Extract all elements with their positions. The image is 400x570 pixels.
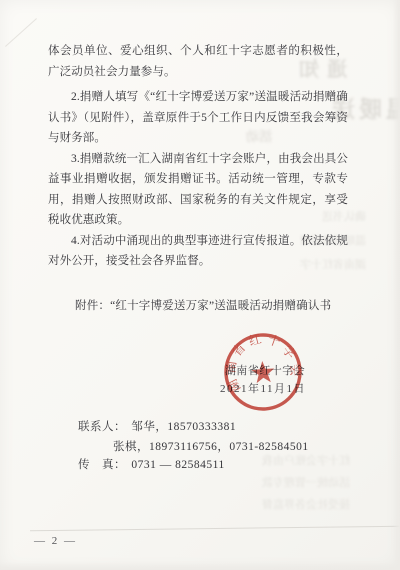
scan-edge-shadow	[0, 562, 400, 570]
contact-line-2: 张棋，18973116756，0731-82584501	[113, 438, 309, 454]
fax-label: 传 真：	[78, 459, 126, 471]
document-body: 体会员单位、爱心组织、个人和红十字志愿者的积极性，广泛动员社会力量参与。 2.捐…	[48, 41, 348, 272]
scan-corner-edge	[5, 18, 37, 47]
page-number: — 2 —	[34, 535, 77, 547]
paragraph-continuation: 体会员单位、爱心组织、个人和红十字志愿者的积极性，广泛动员社会力量参与。	[48, 41, 348, 82]
paragraph-item-3: 3.捐赠款统一汇入湖南省红十字会账户，由我会出具公益事业捐赠收据，颁发捐赠证书。…	[48, 149, 348, 231]
page-fold-line	[30, 526, 400, 532]
contact-person-2: 张棋，18973116756，0731-82584501	[113, 441, 309, 453]
svg-text:湖南省红十字会: 湖南省红十字会	[220, 329, 304, 395]
paragraph-item-2: 2.捐赠人填写《“红十字博爱送万家”送温暖活动捐赠确认书》（见附件），盖章原件于…	[48, 87, 348, 149]
attachment-line: 附件：“红十字博爱送万家”送温暖活动捐赠确认书	[75, 297, 331, 313]
scanned-document-page: 通知 温暖送 活动 确认书送 温暖活动捐赠 湖南省红十字 红十字会账户由我 活动…	[0, 0, 400, 570]
scan-edge-shadow	[393, 0, 400, 570]
contact-person-1: 邹华，18570333381	[131, 421, 236, 433]
bleedthrough-text: 活动统一管理专款	[262, 472, 350, 494]
contact-person-label: 联系人：	[78, 421, 126, 433]
contact-line-3: 传 真： 0731 — 82584511	[78, 456, 225, 472]
red-cross-official-seal: 湖南省红十字会	[218, 326, 308, 418]
bleedthrough-block: 红十字会账户由我 活动统一管理专款 接受社会各界监督	[262, 450, 350, 516]
bleedthrough-text: 接受社会各界监督	[262, 494, 350, 516]
seal-star-icon	[251, 360, 275, 383]
seal-ring-text: 湖南省红十字会	[220, 329, 304, 395]
contact-line-1: 联系人： 邹华，18570333381	[78, 418, 236, 434]
fax-number: 0731 — 82584511	[131, 459, 224, 471]
paragraph-item-4: 4.对活动中涌现出的典型事迹进行宣传报道。依法依规对外公开，接受社会各界监督。	[48, 231, 348, 272]
